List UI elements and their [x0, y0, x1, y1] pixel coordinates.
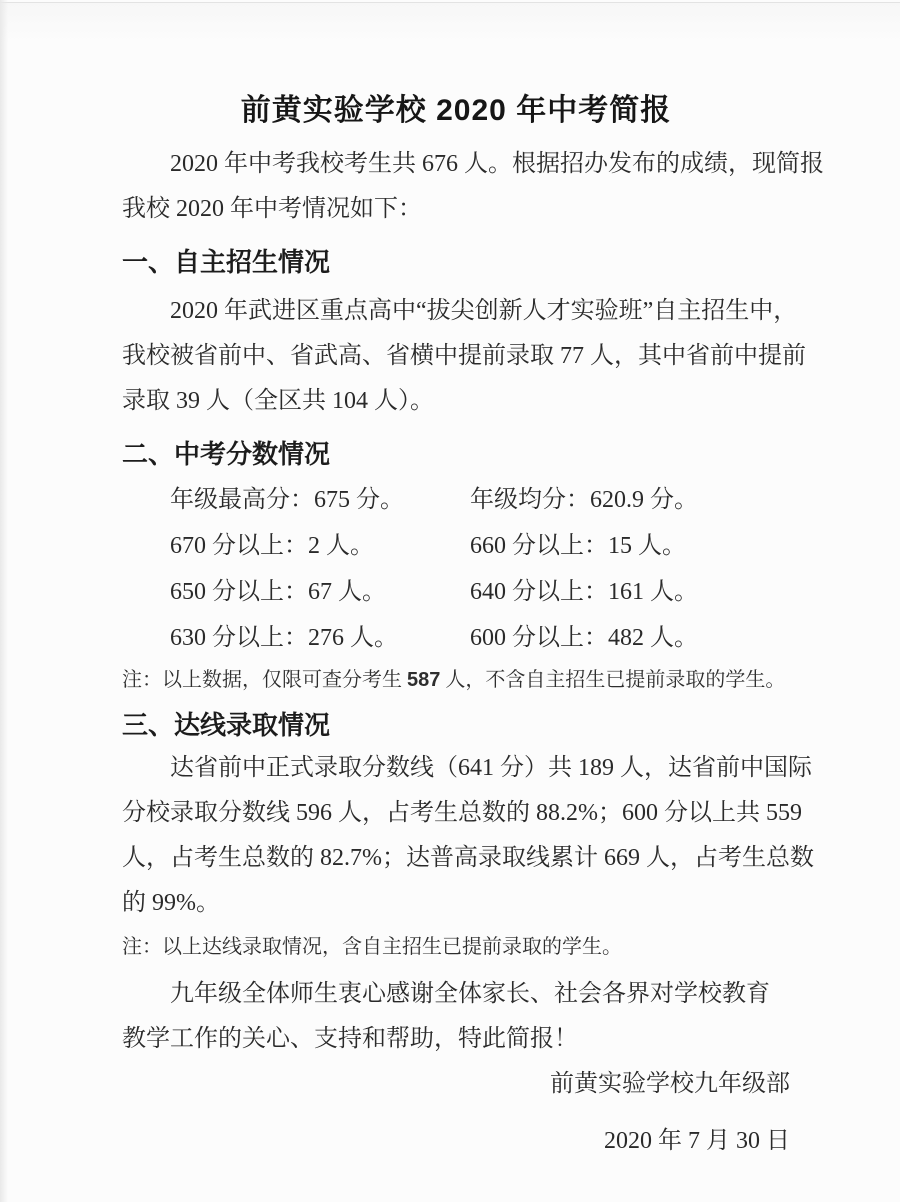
section1-line-3: 录取 39 人（全区共 104 人）。 — [122, 379, 790, 424]
section3-line-3: 人，占考生总数的 82.7%；达普高录取线累计 669 人，占考生总数 — [122, 836, 790, 881]
signature: 前黄实验学校九年级部 — [122, 1062, 790, 1107]
score-above-600: 600 分以上：482 人。 — [470, 615, 790, 661]
photo-left-edge-shading — [0, 0, 8, 1202]
section2-heading: 二、中考分数情况 — [122, 432, 790, 477]
section2-note-prefix: 注：以上数据，仅限可查分考生 — [122, 669, 407, 691]
section1-line-1: 2020 年武进区重点高中“拔尖创新人才实验班”自主招生中， — [122, 289, 790, 334]
section1-heading: 一、自主招生情况 — [122, 240, 790, 285]
section3-heading: 三、达线录取情况 — [122, 703, 790, 748]
score-above-660: 660 分以上：15 人。 — [470, 523, 790, 569]
score-above-640: 640 分以上：161 人。 — [470, 569, 790, 615]
section3-line-1: 达省前中正式录取分数线（641 分）共 189 人，达省前中国际 — [122, 746, 790, 791]
section3-note: 注：以上达线录取情况，含自主招生已提前录取的学生。 — [122, 932, 790, 962]
score-above-670: 670 分以上：2 人。 — [122, 523, 470, 569]
score-row-4: 630 分以上：276 人。 600 分以上：482 人。 — [122, 615, 790, 661]
intro-line-2: 我校 2020 年中考情况如下： — [122, 187, 790, 232]
section1-line-2: 我校被省前中、省武高、省横中提前录取 77 人，其中省前中提前 — [122, 334, 790, 379]
section2-note-suffix: 人，不含自主招生已提前录取的学生。 — [440, 669, 785, 691]
document-title: 前黄实验学校 2020 年中考简报 — [122, 90, 790, 132]
score-above-650: 650 分以上：67 人。 — [122, 569, 470, 615]
date: 2020 年 7 月 30 日 — [122, 1119, 790, 1164]
score-above-630: 630 分以上：276 人。 — [122, 615, 470, 661]
score-row-1: 年级最高分：675 分。 年级均分：620.9 分。 — [122, 477, 790, 523]
section3-line-4: 的 99%。 — [122, 881, 790, 926]
intro-line-1: 2020 年中考我校考生共 676 人。根据招办发布的成绩，现简报 — [122, 142, 790, 187]
closing-line-1: 九年级全体师生衷心感谢全体家长、社会各界对学校教育 — [122, 972, 790, 1017]
section2-note: 注：以上数据，仅限可查分考生 587 人，不含自主招生已提前录取的学生。 — [122, 665, 790, 695]
document-body: 前黄实验学校 2020 年中考简报 2020 年中考我校考生共 676 人。根据… — [122, 0, 790, 1164]
closing-line-2: 教学工作的关心、支持和帮助，特此简报！ — [122, 1017, 790, 1062]
score-row-2: 670 分以上：2 人。 660 分以上：15 人。 — [122, 523, 790, 569]
score-max: 年级最高分：675 分。 — [122, 477, 470, 523]
score-average: 年级均分：620.9 分。 — [470, 477, 790, 523]
score-row-3: 650 分以上：67 人。 640 分以上：161 人。 — [122, 569, 790, 615]
section3-line-2: 分校录取分数线 596 人，占考生总数的 88.2%；600 分以上共 559 — [122, 791, 790, 836]
section2-note-count: 587 — [407, 669, 440, 691]
document-photo: 前黄实验学校 2020 年中考简报 2020 年中考我校考生共 676 人。根据… — [0, 0, 900, 1202]
